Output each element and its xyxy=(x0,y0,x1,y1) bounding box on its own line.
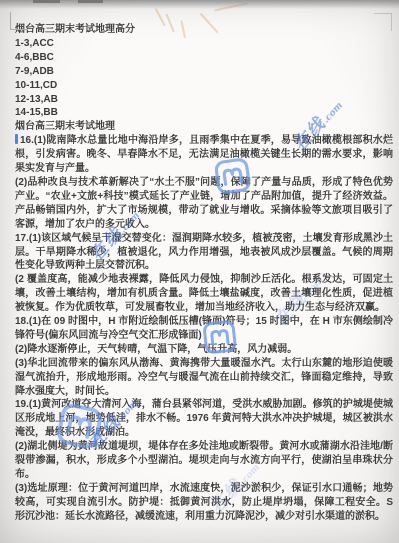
answer-line-14-15: 14-15,BB xyxy=(15,106,393,120)
answer-line-7-9: 7-9,ADB xyxy=(15,65,393,79)
answer-line-4-6: 4-6,BBC xyxy=(15,51,393,65)
answer-line-12-13: 12-13,AB xyxy=(15,93,393,107)
page-title: 烟台高三期末考试地理高分 xyxy=(15,23,393,37)
cropped-text-fragment xyxy=(33,0,60,3)
cropped-text-fragment xyxy=(78,0,103,3)
paragraph-19-2: (2)湖北侧堤为黄河故道堤坝，堤体存在多处洼地或断裂带。黄河水或蒲湖水沿洼地/断… xyxy=(15,440,393,482)
paragraph-16-2: (2)品种改良与技术革新解决了“水土不服”问题，保障了产量与品质，形成了特色优势… xyxy=(15,176,393,232)
paragraph-19-1: 19.(1)黄河改道夺大清河入海，蒲台县紧邻河道，受洪水威胁加剧。修筑的护城堤使… xyxy=(15,398,393,440)
paragraph-17-2: (2 覆盖度高，能减少地表裸露，降低风力侵蚀，抑制沙丘活化。根系发达，可固定土壤… xyxy=(15,273,393,315)
answer-line-1-3: 1-3,ACC xyxy=(15,37,393,51)
paragraph-19-3: (3)选址原理：位于黄河河道凹岸，水流速度快，泥沙淤积少，保证引水口通畅；地势较… xyxy=(15,482,393,524)
table-corner-mark xyxy=(10,12,28,30)
paragraph-17-1: 17.(1)该区域气候呈干湿交替变化：湿润期降水较多，植被茂密，土壤发育形成黑沙… xyxy=(15,232,393,274)
paragraph-18-3: (3)华北回流带来的偏东风从渤海、黄海携带大量暖湿水汽。太行山东麓的地形迫使暖湿… xyxy=(15,357,393,399)
document-text: 烟台高三期末考试地理高分 1-3,ACC 4-6,BBC 7-9,ADB 10-… xyxy=(15,23,393,524)
paragraph-18-2: (2)降水逐渐停止，天气转晴，气温下降，气压升高，风力减弱。 xyxy=(15,343,393,357)
paragraph-16-1: 16.(1)陇南降水总量比地中海沿岸多，且雨季集中在夏季，易导致油橄榄根部积水烂… xyxy=(15,134,393,176)
section-title: 烟台高三期末考试地理 xyxy=(15,120,393,134)
paragraph-18-1: 18.(1)在 09 时图中，H 市附近绘制低压槽(锋面)符号；15 时图中，在… xyxy=(15,315,393,343)
document-photo: 烟台高三期末考试地理高分 1-3,ACC 4-6,BBC 7-9,ADB 10-… xyxy=(0,0,399,543)
answer-line-10-11: 10-11,CD xyxy=(15,79,393,93)
table-corner-mark xyxy=(374,13,392,31)
text-cursor-icon xyxy=(15,134,18,144)
